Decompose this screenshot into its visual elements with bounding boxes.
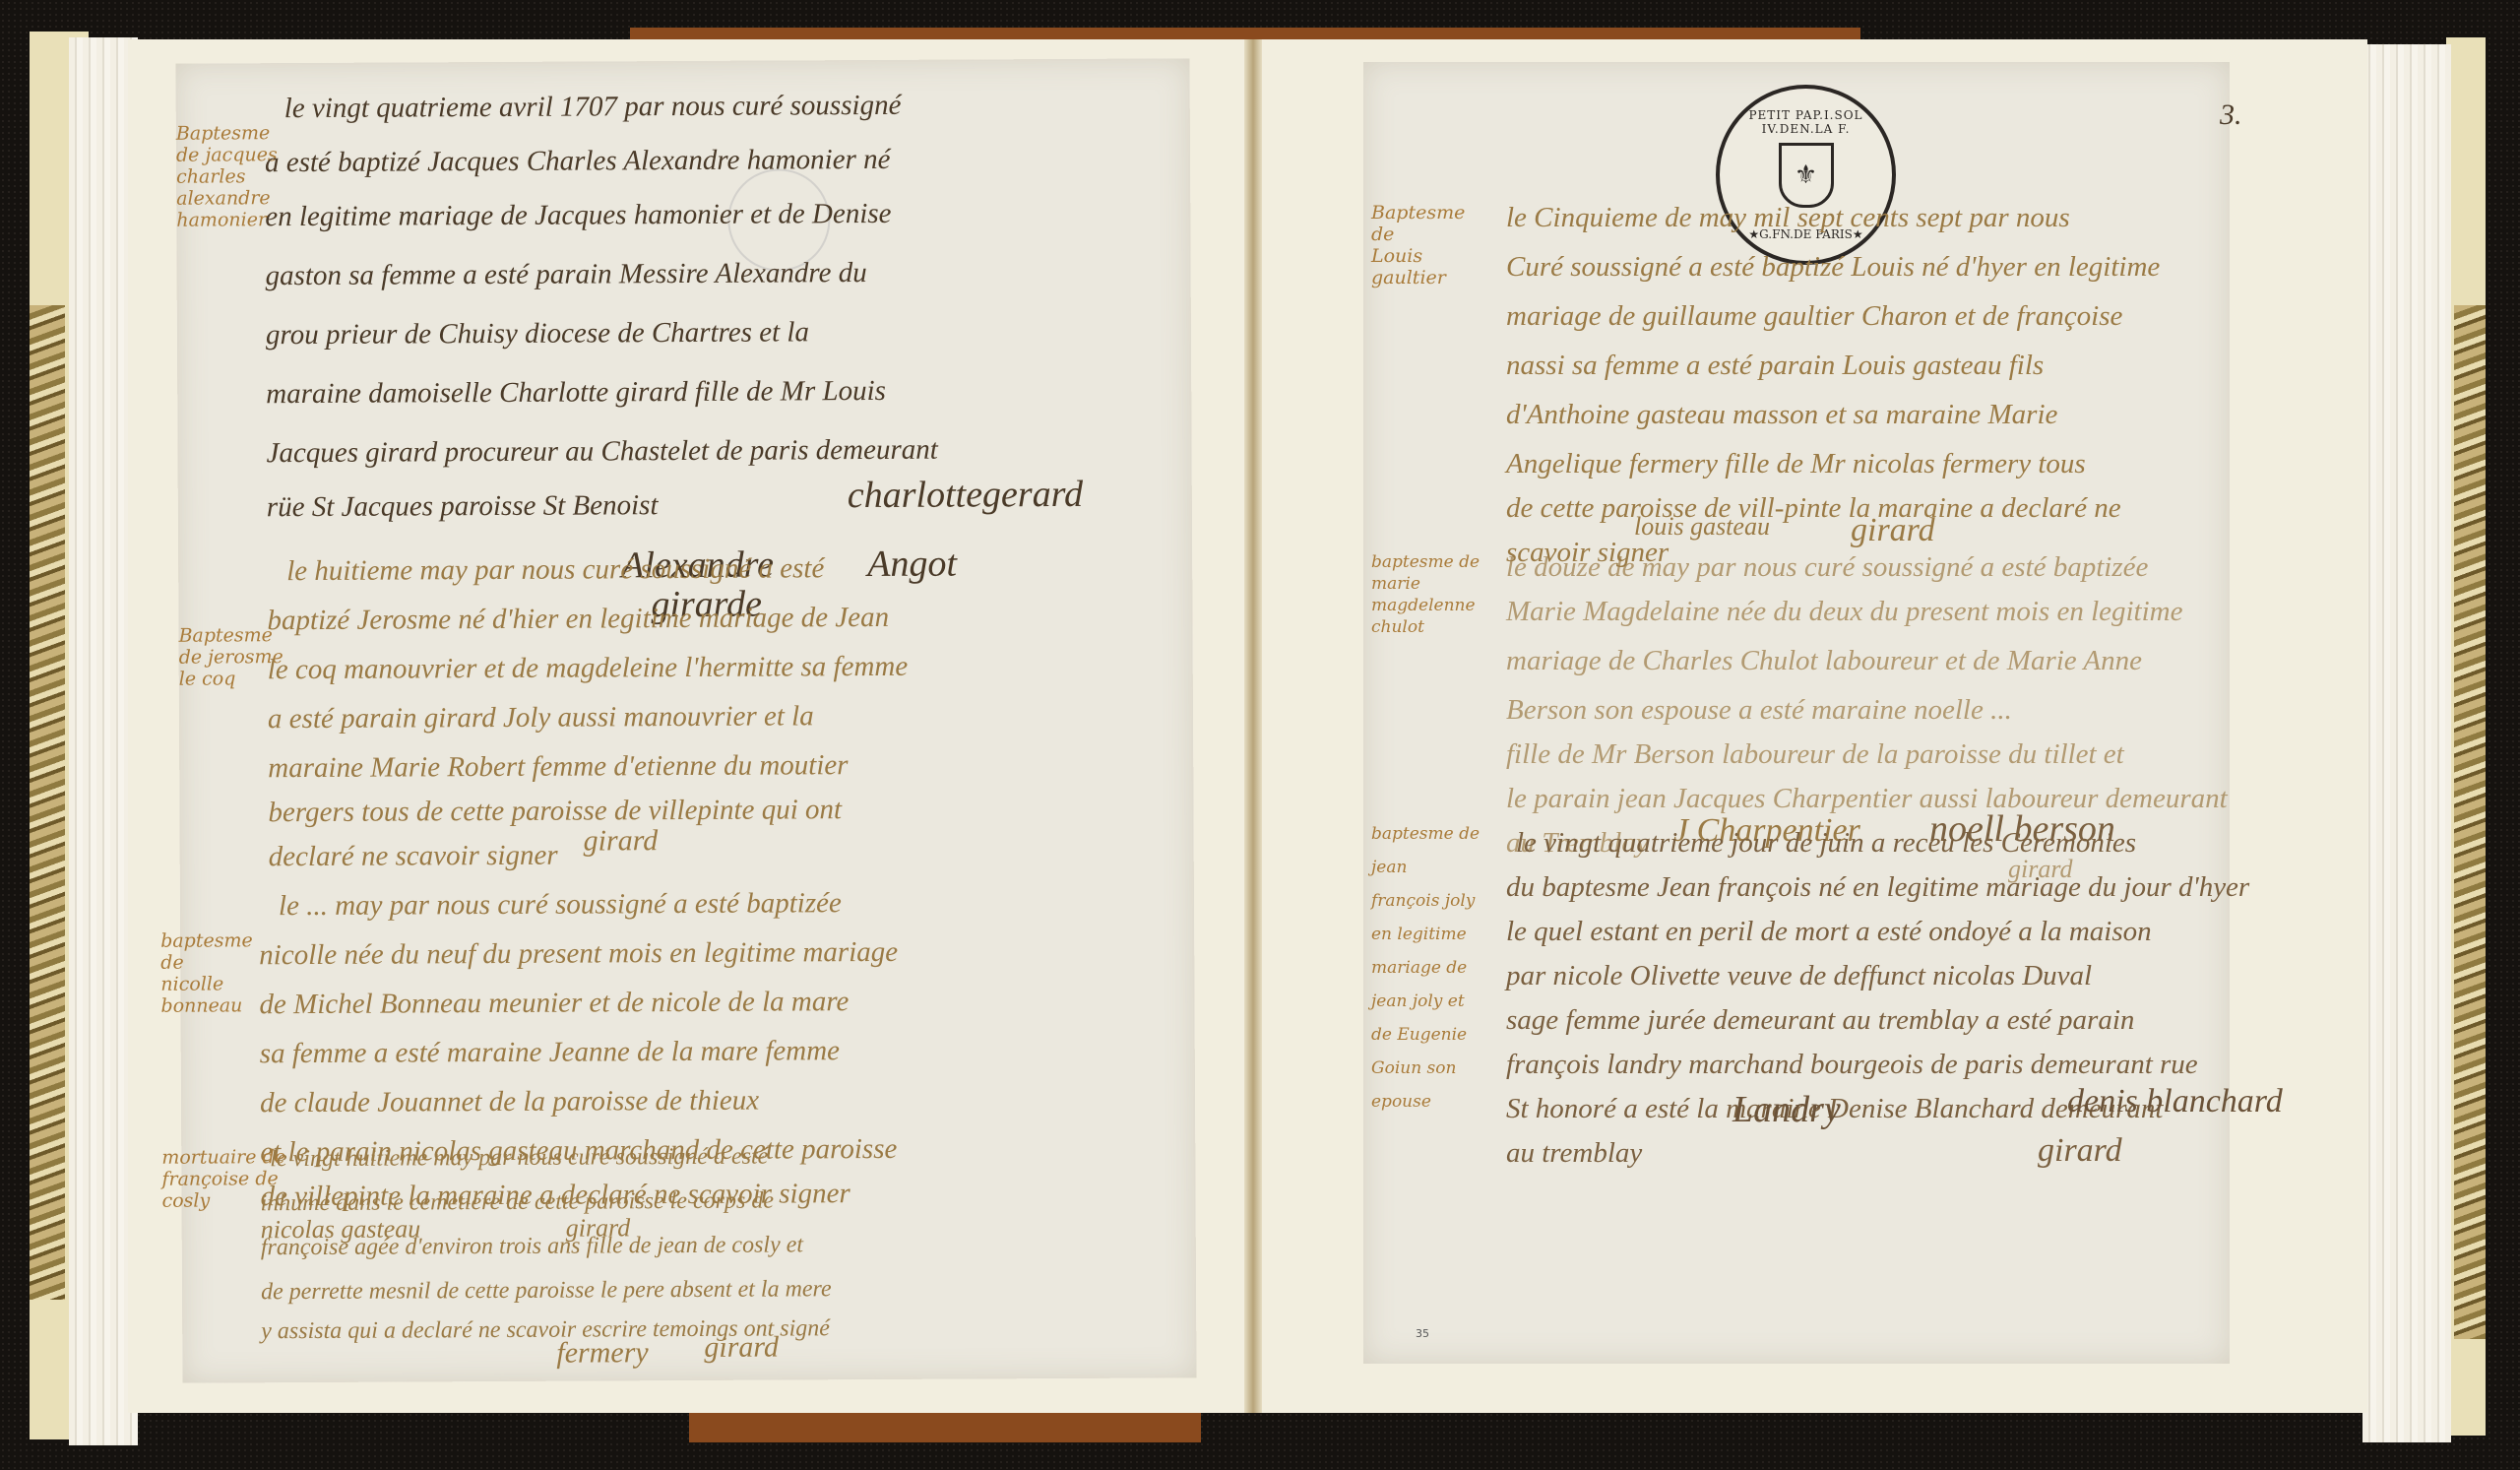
signature: girard: [2038, 1132, 2122, 1170]
signature: louis gasteau: [1634, 512, 1770, 542]
margin-note: baptesme de marie magdelenne chulot: [1371, 551, 1489, 638]
right-marbled-edge: [2454, 305, 2486, 1339]
signature: denis blanchard: [2067, 1083, 2283, 1120]
right-page-stack: [2362, 44, 2451, 1442]
margin-note: baptesme de jean françois joly en legiti…: [1371, 817, 1499, 1118]
book-gutter: [1244, 39, 1262, 1413]
signature: girard: [584, 824, 659, 858]
page-number: 35: [1416, 1327, 1429, 1340]
left-marbled-edge: [30, 305, 65, 1300]
signature: Angot: [867, 543, 957, 586]
signature: Landry: [1732, 1088, 1841, 1131]
signature: charlottegerard: [848, 473, 1083, 517]
margin-note: Baptesme de Louis gaultier: [1371, 202, 1489, 288]
folio-number: 3.: [2220, 98, 2242, 132]
fleur-de-lis-shield-icon: ⚜: [1779, 143, 1834, 208]
tax-stamp: PETIT PAP.I.SOL IV.DEN.LA F. ⚜ ★G.FN.DE …: [1716, 85, 1896, 265]
signature: fermery: [556, 1336, 648, 1370]
signature: girard: [1851, 512, 1935, 549]
book-cover-bottom: [689, 1413, 1201, 1442]
left-manuscript-sheet: Baptesme de jacques charles alexandre ha…: [175, 58, 1196, 1382]
signature: girard: [704, 1331, 779, 1365]
